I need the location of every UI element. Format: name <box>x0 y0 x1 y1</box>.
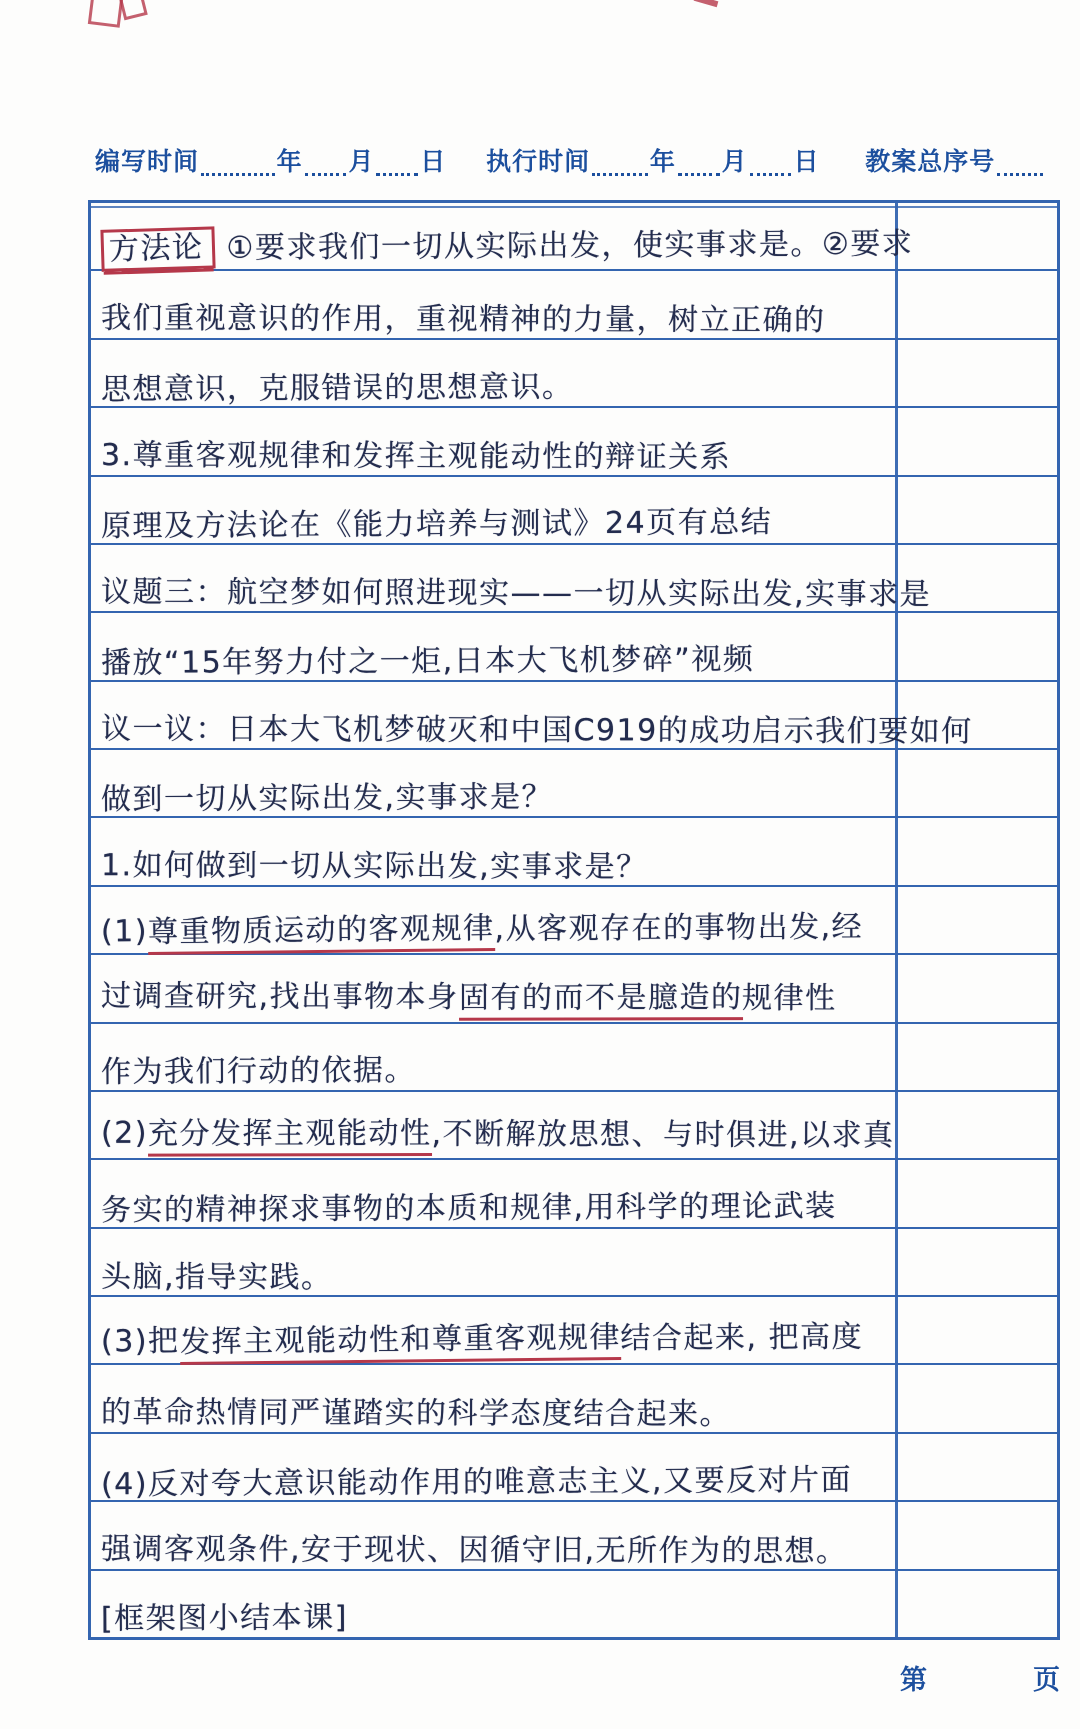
handwriting-line: (3)把发挥主观能动性和尊重客观规律结合起来, 把高度 <box>101 1322 863 1364</box>
ruled-row: 原理及方法论在《能力培养与测试》24页有总结 <box>91 477 1057 545</box>
text-segment: (1) <box>101 914 148 949</box>
lesson-plan-scan-page: 编写时间 年 月 日 执行时间 年 月 日 教案总序号 方法论①要求我们一切从实… <box>0 0 1080 1729</box>
text-segment: 1.如何做到一切从实际出发,实事求是？ <box>101 848 648 885</box>
month-label: 月 <box>722 142 748 178</box>
handwriting-line: 议题三：航空梦如何照进现实——一切从实际出发,实事求是 <box>101 576 931 610</box>
ruled-row: (1)尊重物质运动的客观规律,从客观存在的事物出发,经 <box>91 887 1057 955</box>
year-label: 年 <box>277 142 303 178</box>
dotted-blank <box>201 151 275 176</box>
ruled-row: 的革命热情同严谨踏实的科学态度结合起来。 <box>91 1365 1057 1433</box>
ruled-row: 思想意识，克服错误的思想意识。 <box>91 340 1057 408</box>
ruled-row: 议一议：日本大飞机梦破灭和中国C919的成功启示我们要如何 <box>91 682 1057 750</box>
day-label: 日 <box>420 142 446 178</box>
handwriting-line: 做到一切从实际出发,实事求是？ <box>101 781 553 815</box>
text-segment: ①要求我们一切从实际出发，使实事求是。②要求 <box>226 226 913 265</box>
ruled-row: 3.尊重客观规律和发挥主观能动性的辩证关系 <box>91 408 1057 476</box>
text-segment: 作为我们行动的依据。 <box>101 1053 416 1090</box>
handwriting-line: 播放“15年努力付之一炬,日本大飞机梦碎”视频 <box>101 644 754 679</box>
month-label: 月 <box>348 142 374 178</box>
handwriting-line: 1.如何做到一切从实际出发,实事求是？ <box>101 850 648 883</box>
serial-label: 教案总序号 <box>865 142 995 178</box>
text-segment: 播放“15年努力付之一炬,日本大飞机梦碎”视频 <box>101 642 754 681</box>
text-segment: (4)反对夸大意识能动作用的唯意志主义,又要反对片面 <box>101 1462 852 1502</box>
page-label-left: 第 <box>900 1658 927 1697</box>
handwriting-line: 作为我们行动的依据。 <box>101 1055 416 1088</box>
red-ink-mark <box>116 0 148 20</box>
handwriting-line: (1)尊重物质运动的客观规律,从客观存在的事物出发,经 <box>101 911 863 953</box>
day-label: 日 <box>793 142 819 178</box>
red-underlined-text: 固有的而不是臆造的 <box>459 982 743 1020</box>
text-segment: 强调客观条件,安于现状、因循守旧,无所作为的思想。 <box>101 1532 848 1569</box>
text-segment: 规律性 <box>742 981 837 1016</box>
dotted-blank <box>376 151 418 176</box>
handwriting-line: 3.尊重客观规律和发挥主观能动性的辩证关系 <box>101 440 731 473</box>
ruled-row: (3)把发挥主观能动性和尊重客观规律结合起来, 把高度 <box>91 1297 1057 1365</box>
text-segment: [框架图小结本课] <box>101 1601 348 1638</box>
dotted-blank <box>305 151 347 176</box>
dotted-blank <box>750 151 792 176</box>
ruled-row: [框架图小结本课] <box>91 1571 1057 1637</box>
ruled-row: 播放“15年努力付之一炬,日本大飞机梦碎”视频 <box>91 613 1057 681</box>
text-segment: 的革命热情同严谨踏实的科学态度结合起来。 <box>101 1395 731 1432</box>
red-underlined-text: 尊重物质运动的客观规律 <box>148 913 495 954</box>
text-segment: 过调查研究,找出事物本身 <box>101 979 459 1015</box>
ruled-row: 头脑,指导实践。 <box>91 1229 1057 1297</box>
handwriting-line: 我们重视意识的作用，重视精神的力量，树立正确的 <box>101 303 826 337</box>
ruled-row: 议题三：航空梦如何照进现实——一切从实际出发,实事求是 <box>91 545 1057 613</box>
form-header: 编写时间 年 月 日 执行时间 年 月 日 教案总序号 <box>95 140 1045 178</box>
handwriting-line: 务实的精神探求事物的本质和规律,用科学的理论武装 <box>101 1191 837 1227</box>
red-boxed-term: 方法论 <box>100 226 215 271</box>
handwriting-line: (4)反对夸大意识能动作用的唯意志主义,又要反对片面 <box>101 1464 852 1500</box>
dotted-blank <box>678 151 720 176</box>
ruled-row: 方法论①要求我们一切从实际出发，使实事求是。②要求 <box>91 203 1057 271</box>
text-segment: 结合起来, 把高度 <box>620 1320 863 1356</box>
ruled-row: 1.如何做到一切从实际出发,实事求是？ <box>91 818 1057 886</box>
handwriting-line: 思想意识，克服错误的思想意识。 <box>101 371 574 405</box>
dotted-blank <box>997 151 1043 176</box>
dotted-blank <box>592 151 648 176</box>
notebook-ruled-sheet: 方法论①要求我们一切从实际出发，使实事求是。②要求我们重视意识的作用，重视精神的… <box>88 200 1060 1640</box>
ruled-row: (2)充分发挥主观能动性,不断解放思想、与时俱进,以求真 <box>91 1092 1057 1160</box>
exec-time-label: 执行时间 <box>486 142 590 178</box>
ruled-row: 务实的精神探求事物的本质和规律,用科学的理论武装 <box>91 1160 1057 1228</box>
text-segment: (2) <box>101 1116 148 1151</box>
handwriting-line: [框架图小结本课] <box>101 1603 348 1636</box>
page-number-footer: 第 页 <box>900 1658 1060 1697</box>
text-segment: ,不断解放思想、与时俱进,以求真 <box>431 1117 894 1153</box>
written-time-label: 编写时间 <box>95 142 199 178</box>
text-segment: ,从客观存在的事物出发,经 <box>494 909 863 946</box>
handwriting-line: 原理及方法论在《能力培养与测试》24页有总结 <box>101 507 772 543</box>
text-segment: 做到一切从实际出发,实事求是？ <box>101 779 553 817</box>
handwriting-line: 的革命热情同严谨踏实的科学态度结合起来。 <box>101 1397 731 1430</box>
text-segment: 议题三：航空梦如何照进现实——一切从实际出发,实事求是 <box>101 574 931 612</box>
handwriting-line: 过调查研究,找出事物本身固有的而不是臆造的规律性 <box>101 981 837 1021</box>
text-segment: 务实的精神探求事物的本质和规律,用科学的理论武装 <box>101 1189 837 1228</box>
text-segment: 3.尊重客观规律和发挥主观能动性的辩证关系 <box>101 438 731 475</box>
handwriting-line: (2)充分发挥主观能动性,不断解放思想、与时俱进,以求真 <box>101 1118 895 1158</box>
handwriting-line: 强调客观条件,安于现状、因循守旧,无所作为的思想。 <box>101 1534 848 1568</box>
handwriting-line: 议一议：日本大飞机梦破灭和中国C919的成功启示我们要如何 <box>101 713 973 747</box>
ruled-row: 我们重视意识的作用，重视精神的力量，树立正确的 <box>91 271 1057 339</box>
handwriting-line: 方法论①要求我们一切从实际出发，使实事求是。②要求 <box>101 223 914 269</box>
handwriting-line: 头脑,指导实践。 <box>101 1261 333 1293</box>
ruled-row: (4)反对夸大意识能动作用的唯意志主义,又要反对片面 <box>91 1434 1057 1502</box>
ruled-row: 作为我们行动的依据。 <box>91 1024 1057 1092</box>
ruled-row: 过调查研究,找出事物本身固有的而不是臆造的规律性 <box>91 955 1057 1023</box>
text-segment: 议一议：日本大飞机梦破灭和中国C919的成功启示我们要如何 <box>101 711 973 749</box>
page-label-right: 页 <box>1033 1658 1060 1697</box>
red-ink-mark <box>88 0 124 28</box>
red-underlined-text: 充分发挥主观能动性 <box>148 1118 432 1156</box>
text-segment: 原理及方法论在《能力培养与测试》24页有总结 <box>101 505 772 544</box>
ruled-row: 做到一切从实际出发,实事求是？ <box>91 750 1057 818</box>
handwriting-area: 方法论①要求我们一切从实际出发，使实事求是。②要求我们重视意识的作用，重视精神的… <box>91 203 1057 1637</box>
year-label: 年 <box>650 142 676 178</box>
red-ink-mark <box>694 0 719 7</box>
red-underlined-text: 发挥主观能动性和尊重客观规律 <box>179 1322 620 1365</box>
ruled-row: 强调客观条件,安于现状、因循守旧,无所作为的思想。 <box>91 1502 1057 1570</box>
text-segment: (3)把 <box>101 1324 180 1359</box>
text-segment: 头脑,指导实践。 <box>101 1259 333 1295</box>
text-segment: 思想意识，克服错误的思想意识。 <box>101 369 574 407</box>
text-segment: 我们重视意识的作用，重视精神的力量，树立正确的 <box>101 301 826 338</box>
